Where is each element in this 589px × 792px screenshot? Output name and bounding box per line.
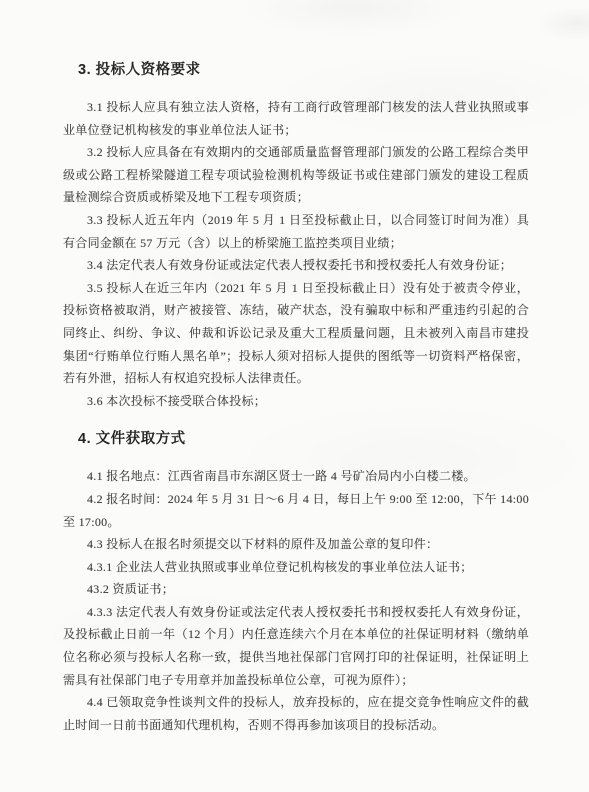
- section-heading: 3. 投标人资格要求: [78, 60, 529, 80]
- paragraph: 3.3 投标人近五年内（2019 年 5 月 1 日至投标截止日，以合同签订时间…: [63, 209, 529, 254]
- paragraph: 4.3.3 法定代表人有效身份证或法定代表人授权委托书和授权委托人有效身份证，及…: [63, 601, 529, 691]
- paragraph: 4.3 投标人在报名时须提交以下材料的原件及加盖公章的复印件：: [63, 533, 529, 556]
- paragraph: 3.5 投标人在近三年内（2021 年 5 月 1 日至投标截止日）没有处于被责…: [63, 277, 529, 390]
- paragraph: 4.2 报名时间：2024 年 5 月 31 日～6 月 4 日，每日上午 9:…: [63, 488, 529, 533]
- section-heading: 4. 文件获取方式: [78, 429, 529, 449]
- paragraph: 3.2 投标人应具备在有效期内的交通部质量监督管理部门颁发的公路工程综合类甲级或…: [63, 141, 529, 209]
- section-bidder-qualifications: 3. 投标人资格要求 3.1 投标人应具有独立法人资格，持有工商行政管理部门核发…: [63, 60, 529, 412]
- section-document-acquisition: 4. 文件获取方式 4.1 报名地点：江西省南昌市东湖区贤士一路 4 号矿冶局内…: [63, 429, 529, 736]
- paragraph: 4.4 已领取竞争性谈判文件的投标人，放弃投标的，应在提交竞争性响应文件的截止时…: [63, 691, 529, 736]
- paragraph: 3.1 投标人应具有独立法人资格，持有工商行政管理部门核发的法人营业执照或事业单…: [63, 96, 529, 141]
- paragraph: 3.6 本次投标不接受联合体投标；: [63, 390, 529, 413]
- paragraph: 4.1 报名地点：江西省南昌市东湖区贤士一路 4 号矿冶局内小白楼二楼。: [63, 465, 529, 488]
- paragraph: 3.4 法定代表人有效身份证或法定代表人授权委托书和授权委托人有效身份证；: [63, 254, 529, 277]
- scanned-document-page: 3. 投标人资格要求 3.1 投标人应具有独立法人资格，持有工商行政管理部门核发…: [0, 0, 589, 792]
- paragraph: 43.2 资质证书；: [63, 578, 529, 601]
- paragraph: 4.3.1 企业法人营业执照或事业单位登记机构核发的事业单位法人证书；: [63, 556, 529, 579]
